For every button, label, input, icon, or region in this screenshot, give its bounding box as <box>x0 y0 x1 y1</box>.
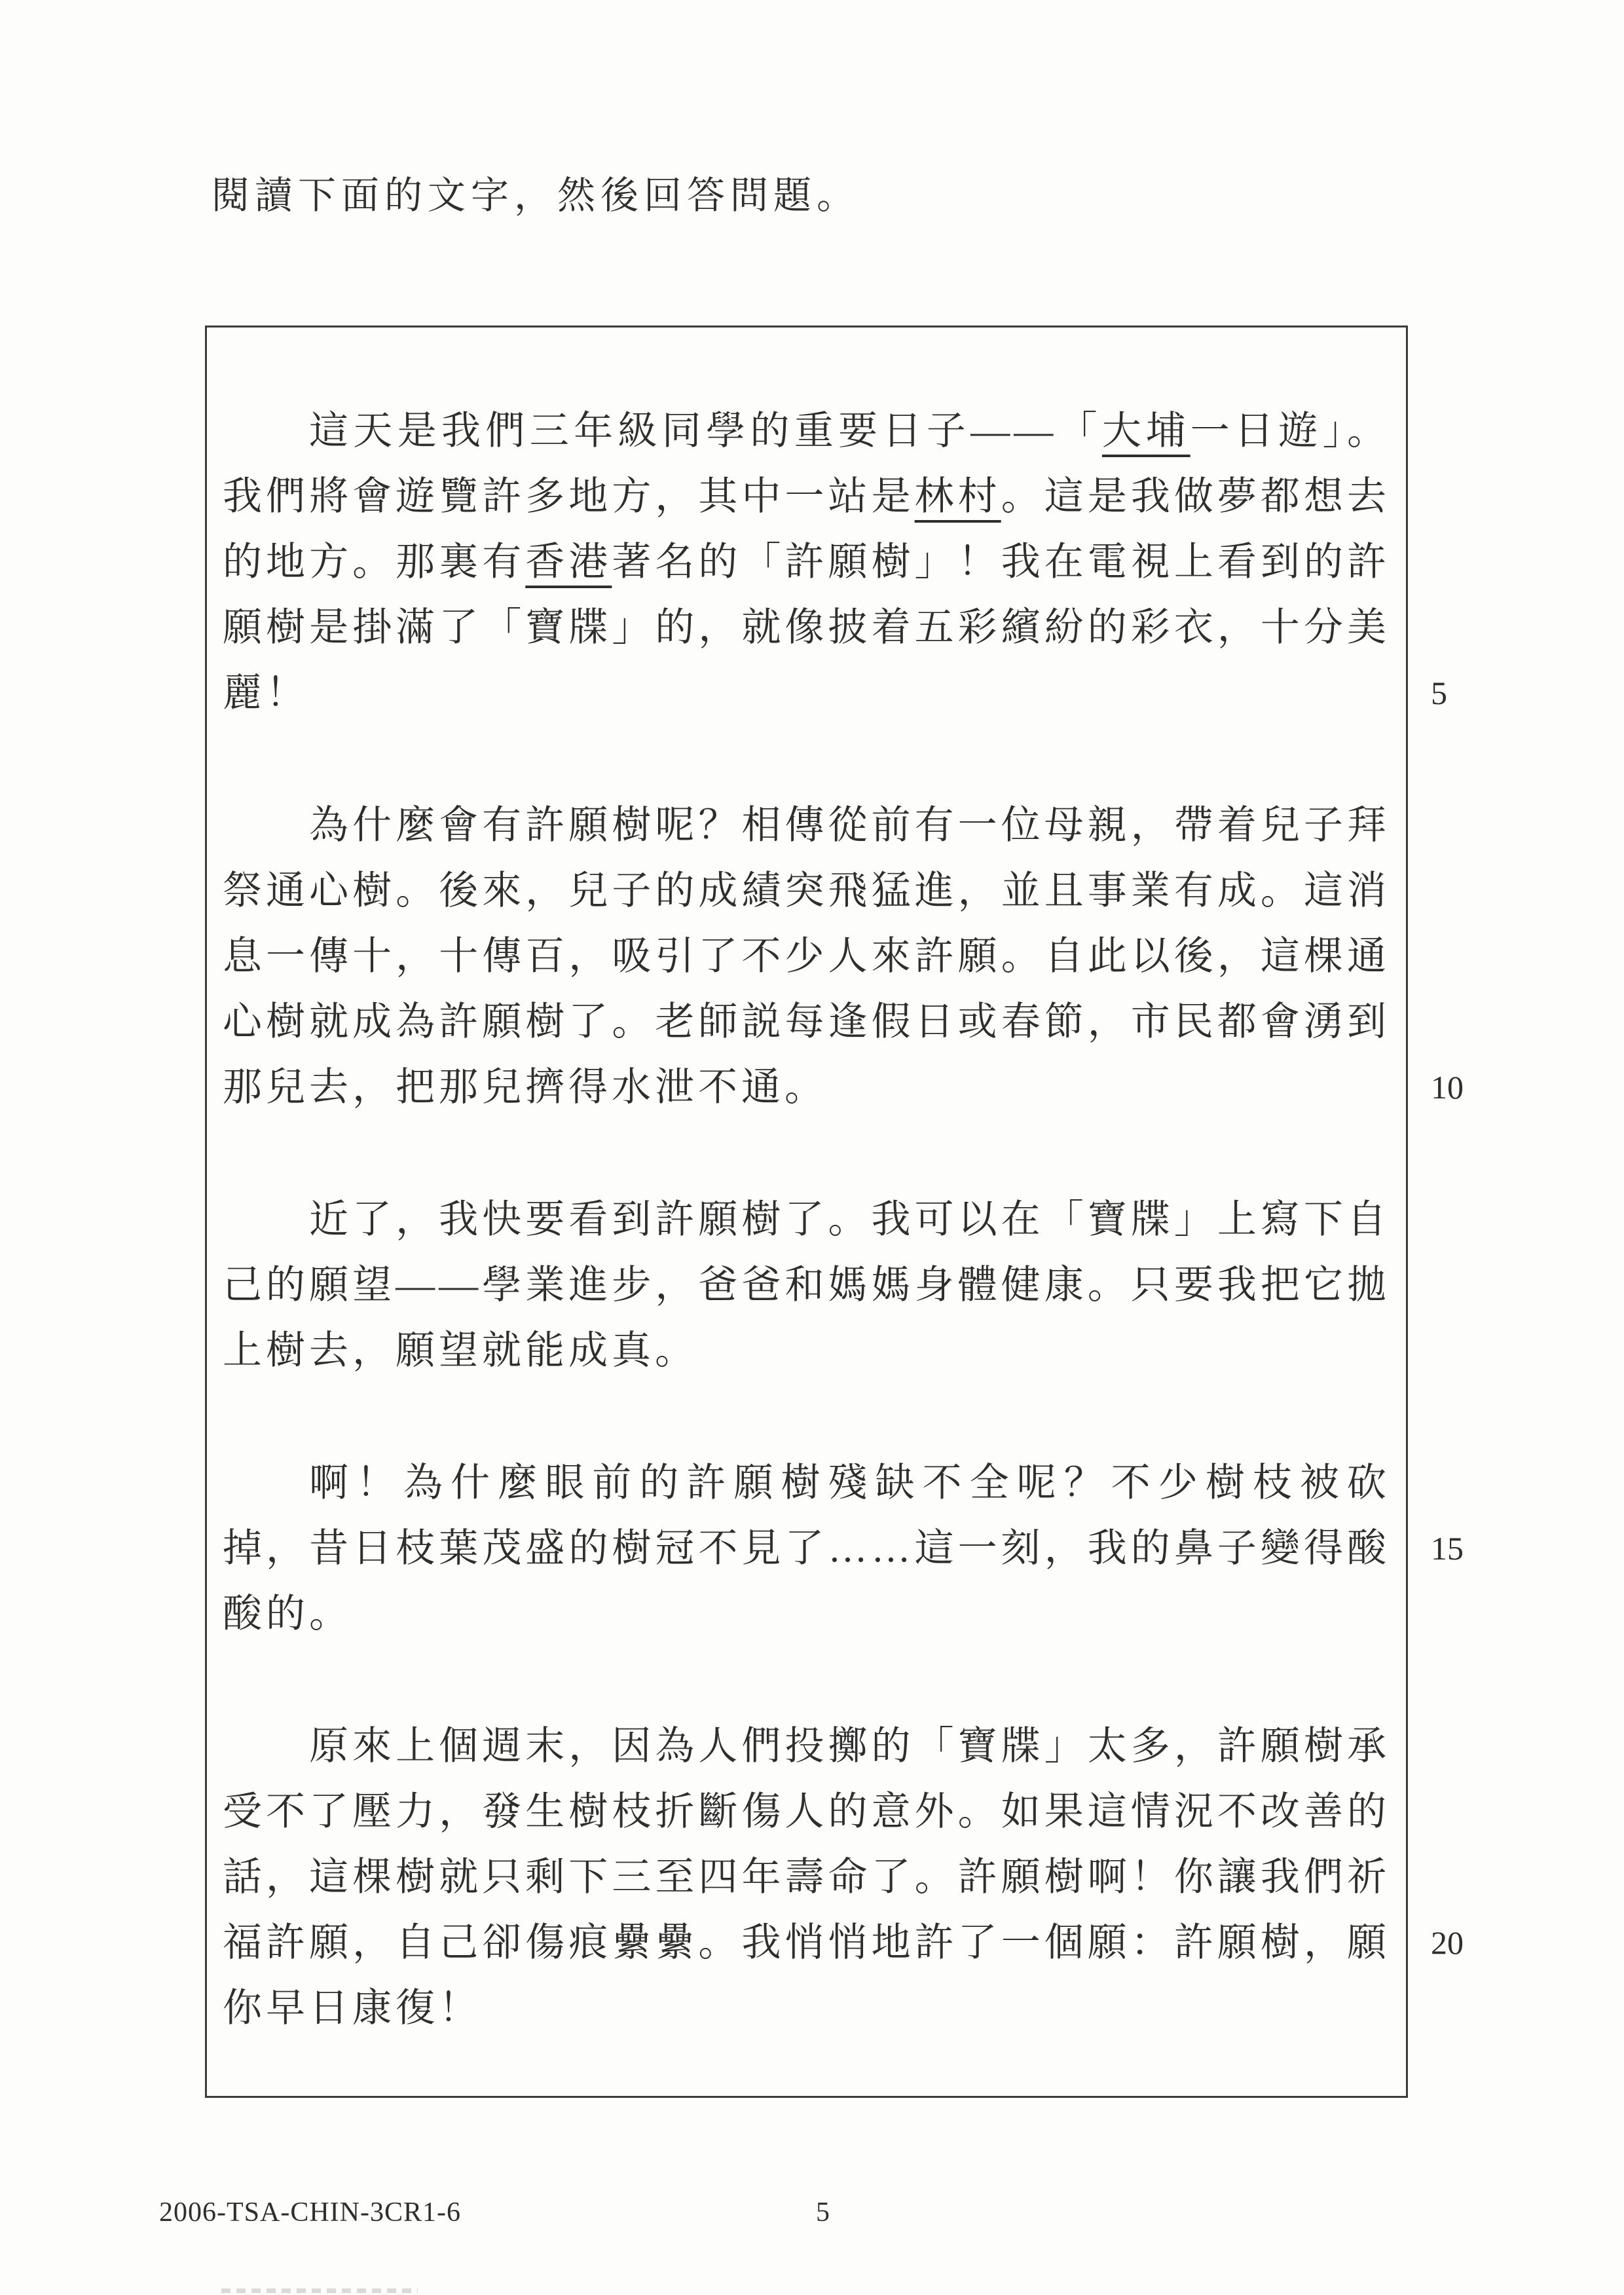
passage-line: 酸的。 <box>223 1581 1390 1647</box>
passage-text-segment: 原來上個週末，因為人們投擲的「寶牒」太多，許願樹承 <box>309 1725 1390 1768</box>
footer-paper-code: 2006-TSA-CHIN-3CR1-6 <box>159 2195 461 2230</box>
passage-text-segment: 受不了壓力，發生樹枝折斷傷人的意外。如果這情況不改善的 <box>223 1790 1390 1833</box>
passage-text-segment: 話，這棵樹就只剩下三至四年壽命了。許願樹啊！你讓我們祈 <box>223 1856 1390 1899</box>
line-number-marker: 5 <box>1431 660 1447 726</box>
passage-line: 那兒去，把那兒擠得水泄不通。 10 <box>223 1054 1390 1120</box>
passage-line: 為什麼會有許願樹呢？相傳從前有一位母親，帶着兒子拜 <box>223 793 1390 858</box>
passage-text-segment: 己的願望——學業進步，爸爸和媽媽身體健康。只要我把它拋 <box>223 1263 1390 1307</box>
passage-line-text: 願樹是掛滿了「寶牒」的，就像披着五彩繽紛的彩衣，十分美 <box>223 606 1390 649</box>
passage-text-segment: 上樹去，願望就能成真。 <box>223 1329 698 1372</box>
passage-paragraph: 啊！為什麼眼前的許願樹殘缺不全呢？不少樹枝被砍 掉，昔日枝葉茂盛的樹冠不見了……… <box>223 1450 1390 1647</box>
line-number-marker: 10 <box>1431 1054 1464 1120</box>
passage-text-segment: 福許願，自己卻傷痕纍纍。我悄悄地許了一個願：許願樹，願 <box>223 1921 1390 1964</box>
passage-text-segment: 那兒去，把那兒擠得水泄不通。 <box>223 1066 828 1109</box>
line-number-marker: 20 <box>1431 1910 1464 1975</box>
scan-artifact <box>221 2288 418 2293</box>
passage-line-text: 心樹就成為許願樹了。老師説每逢假日或春節，市民都會湧到 <box>223 1000 1390 1043</box>
passage-line-text: 福許願，自己卻傷痕纍纍。我悄悄地許了一個願：許願樹，願 <box>223 1921 1390 1964</box>
passage-paragraph: 為什麼會有許願樹呢？相傳從前有一位母親，帶着兒子拜 祭通心樹。後來，兒子的成績突… <box>223 793 1390 1120</box>
passage-line-text: 為什麼會有許願樹呢？相傳從前有一位母親，帶着兒子拜 <box>309 804 1390 847</box>
passage-line: 受不了壓力，發生樹枝折斷傷人的意外。如果這情況不改善的 <box>223 1779 1390 1844</box>
passage-line: 願樹是掛滿了「寶牒」的，就像披着五彩繽紛的彩衣，十分美 <box>223 595 1390 660</box>
passage-line: 近了，我快要看到許願樹了。我可以在「寶牒」上寫下自 <box>223 1187 1390 1252</box>
passage-text-segment: 心樹就成為許願樹了。老師説每逢假日或春節，市民都會湧到 <box>223 1000 1390 1043</box>
passage-line: 你早日康復！ <box>223 1975 1390 2041</box>
passage-line: 上樹去，願望就能成真。 <box>223 1318 1390 1383</box>
passage-text-segment: 麗！ <box>223 671 309 715</box>
passage-line: 這天是我們三年級同學的重要日子——「大埔一日遊」。 <box>223 398 1390 464</box>
passage-line-text: 那兒去，把那兒擠得水泄不通。 <box>223 1066 828 1109</box>
proper-noun-underline: 大埔 <box>1102 409 1190 453</box>
passage-line: 己的願望——學業進步，爸爸和媽媽身體健康。只要我把它拋 <box>223 1252 1390 1318</box>
passage-line-text: 上樹去，願望就能成真。 <box>223 1329 698 1372</box>
passage-paragraph: 這天是我們三年級同學的重要日子——「大埔一日遊」。 我們將會遊覽許多地方，其中一… <box>223 398 1390 726</box>
passage-text-segment: 著名的「許願樹」！我在電視上看到的許 <box>612 540 1390 584</box>
passage-line-text: 酸的。 <box>223 1592 352 1635</box>
footer-page-number: 5 <box>816 2195 830 2230</box>
passage-text-segment: 一日遊」。 <box>1190 409 1390 453</box>
passage-text-segment: 你早日康復！ <box>223 1987 482 2030</box>
passage-text-segment: 我們將會遊覽許多地方，其中一站是 <box>223 475 915 518</box>
passage-text-segment: 的地方。那裏有 <box>223 540 525 584</box>
instruction-text: 閱讀下面的文字，然後回答問題。 <box>212 172 860 220</box>
passage-paragraph: 近了，我快要看到許願樹了。我可以在「寶牒」上寫下自 己的願望——學業進步，爸爸和… <box>223 1187 1390 1383</box>
passage-text-segment: 近了，我快要看到許願樹了。我可以在「寶牒」上寫下自 <box>309 1198 1390 1241</box>
passage-text-segment: 酸的。 <box>223 1592 352 1635</box>
passage-line: 掉，昔日枝葉茂盛的樹冠不見了……這一刻，我的鼻子變得酸 15 <box>223 1516 1390 1581</box>
passage-text-segment: 願樹是掛滿了「寶牒」的，就像披着五彩繽紛的彩衣，十分美 <box>223 606 1390 649</box>
passage-text-segment: 息一傳十，十傳百，吸引了不少人來許願。自此以後，這棵通 <box>223 935 1390 978</box>
proper-noun-underline: 香港 <box>525 540 612 584</box>
passage-text-segment: 掉，昔日枝葉茂盛的樹冠不見了……這一刻，我的鼻子變得酸 <box>223 1527 1390 1570</box>
passage-line-text: 的地方。那裏有香港著名的「許願樹」！我在電視上看到的許 <box>223 540 1390 584</box>
passage-line-text: 原來上個週末，因為人們投擲的「寶牒」太多，許願樹承 <box>309 1725 1390 1768</box>
passage-line-text: 祭通心樹。後來，兒子的成績突飛猛進，並且事業有成。這消 <box>223 869 1390 912</box>
passage-line: 啊！為什麼眼前的許願樹殘缺不全呢？不少樹枝被砍 <box>223 1450 1390 1516</box>
passage-line: 原來上個週末，因為人們投擲的「寶牒」太多，許願樹承 <box>223 1713 1390 1779</box>
passage-line: 心樹就成為許願樹了。老師説每逢假日或春節，市民都會湧到 <box>223 989 1390 1054</box>
passage-line-text: 掉，昔日枝葉茂盛的樹冠不見了……這一刻，我的鼻子變得酸 <box>223 1527 1390 1570</box>
passage-line-text: 話，這棵樹就只剩下三至四年壽命了。許願樹啊！你讓我們祈 <box>223 1856 1390 1899</box>
passage-line: 息一傳十，十傳百，吸引了不少人來許願。自此以後，這棵通 <box>223 924 1390 989</box>
passage-text-segment: 這天是我們三年級同學的重要日子——「 <box>309 409 1102 453</box>
passage-line-text: 麗！ <box>223 671 309 715</box>
passage-text-segment: 為什麼會有許願樹呢？相傳從前有一位母親，帶着兒子拜 <box>309 804 1390 847</box>
passage-line: 的地方。那裏有香港著名的「許願樹」！我在電視上看到的許 <box>223 529 1390 595</box>
passage-line: 麗！ 5 <box>223 660 1390 726</box>
passage-line-text: 受不了壓力，發生樹枝折斷傷人的意外。如果這情況不改善的 <box>223 1790 1390 1833</box>
passage-text-segment: 祭通心樹。後來，兒子的成績突飛猛進，並且事業有成。這消 <box>223 869 1390 912</box>
line-number-marker: 15 <box>1431 1516 1464 1581</box>
passage-line: 祭通心樹。後來，兒子的成績突飛猛進，並且事業有成。這消 <box>223 858 1390 924</box>
passage-line: 我們將會遊覽許多地方，其中一站是林村。這是我做夢都想去 <box>223 464 1390 529</box>
passage-line-text: 息一傳十，十傳百，吸引了不少人來許願。自此以後，這棵通 <box>223 935 1390 978</box>
passage-line-text: 這天是我們三年級同學的重要日子——「大埔一日遊」。 <box>309 409 1390 453</box>
proper-noun-underline: 林村 <box>915 475 1001 518</box>
passage-line-text: 我們將會遊覽許多地方，其中一站是林村。這是我做夢都想去 <box>223 475 1390 518</box>
passage-paragraph: 原來上個週末，因為人們投擲的「寶牒」太多，許願樹承 受不了壓力，發生樹枝折斷傷人… <box>223 1713 1390 2041</box>
passage-line-text: 近了，我快要看到許願樹了。我可以在「寶牒」上寫下自 <box>309 1198 1390 1241</box>
passage-text-segment: 。這是我做夢都想去 <box>1001 475 1390 518</box>
passage-text-segment: 啊！為什麼眼前的許願樹殘缺不全呢？不少樹枝被砍 <box>309 1461 1390 1504</box>
document-page: 閱讀下面的文字，然後回答問題。 這天是我們三年級同學的重要日子——「大埔一日遊」… <box>0 0 1624 2295</box>
passage-line-text: 你早日康復！ <box>223 1987 482 2030</box>
passage-line: 話，這棵樹就只剩下三至四年壽命了。許願樹啊！你讓我們祈 <box>223 1844 1390 1910</box>
passage-box: 這天是我們三年級同學的重要日子——「大埔一日遊」。 我們將會遊覽許多地方，其中一… <box>205 326 1408 2098</box>
passage-line-text: 己的願望——學業進步，爸爸和媽媽身體健康。只要我把它拋 <box>223 1263 1390 1307</box>
passage-line-text: 啊！為什麼眼前的許願樹殘缺不全呢？不少樹枝被砍 <box>309 1461 1390 1504</box>
passage-line: 福許願，自己卻傷痕纍纍。我悄悄地許了一個願：許願樹，願 20 <box>223 1910 1390 1975</box>
